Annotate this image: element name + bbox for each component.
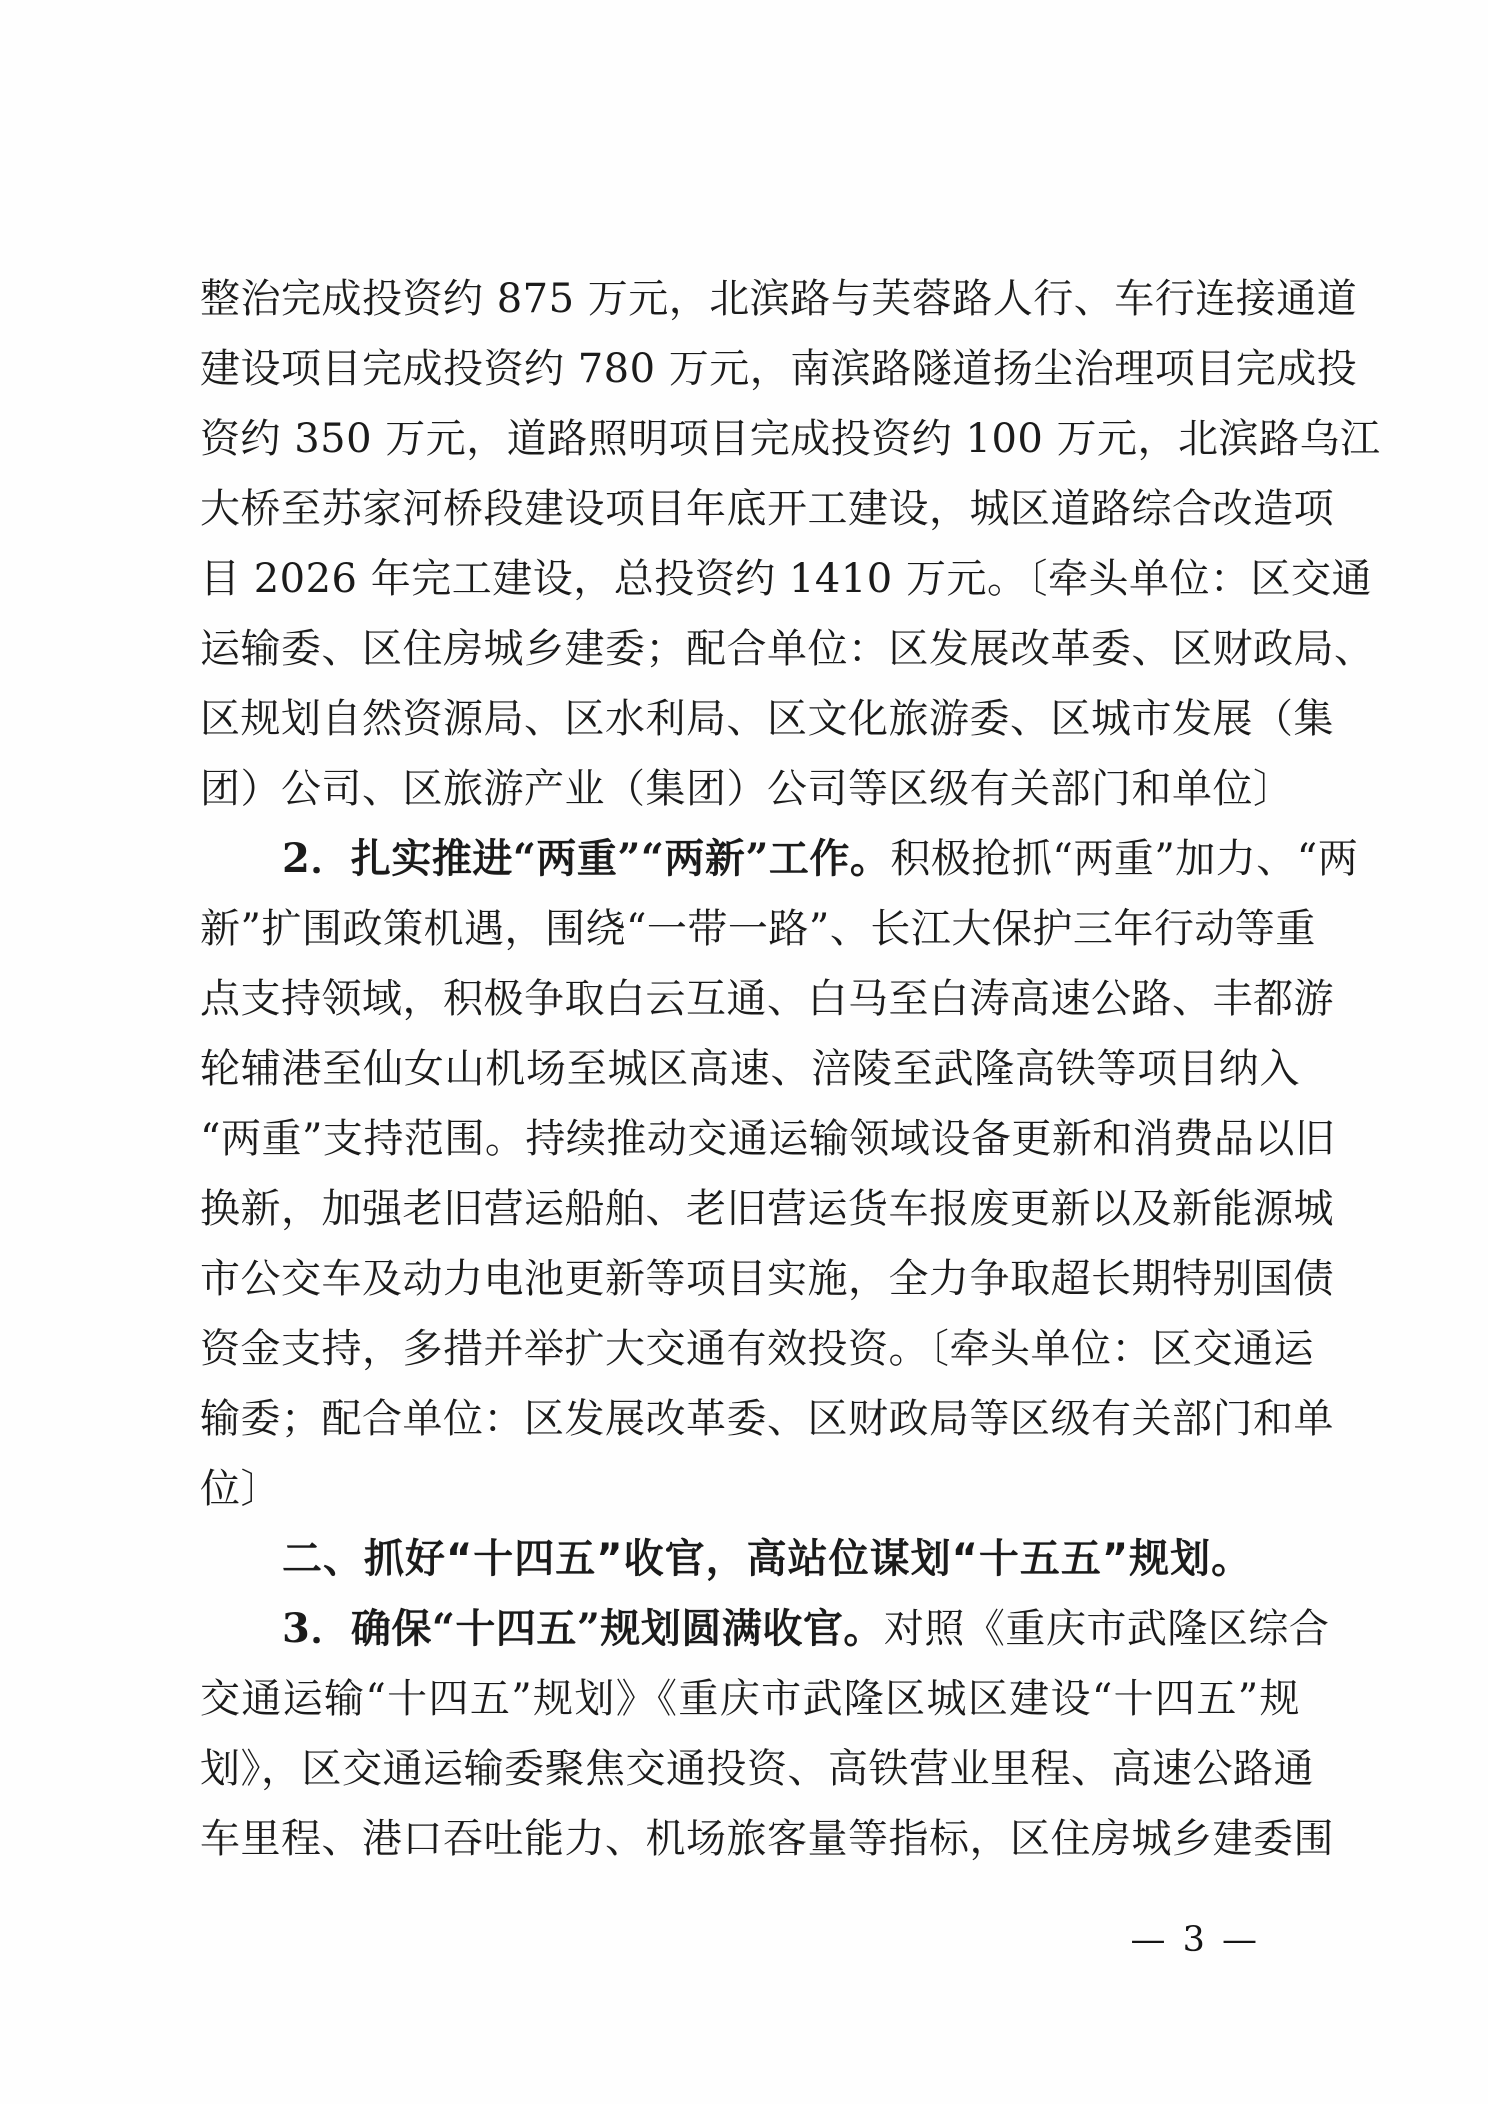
body-line-2: 建设项目完成投资约 780 万元，南滨路隧道扬尘治理项目完成投 (200, 334, 1300, 404)
body-text-block: 整治完成投资约 875 万元，北滨路与芙蓉路人行、车行连接通道 建设项目完成投资… (200, 264, 1300, 1874)
body-line-11: 点支持领域，积极争取白云互通、白马至白涛高速公路、丰都游 (200, 964, 1300, 1034)
body-line-21: 交通运输“十四五”规划》《重庆市武隆区城区建设“十四五”规 (200, 1664, 1300, 1734)
body-text: 车里程、港口吞吐能力、机场旅客量等指标，区住房城乡建委围 (200, 1816, 1334, 1862)
body-text: 积极抢抓“两重”加力、“两 (890, 836, 1358, 882)
body-line-4: 大桥至苏家河桥段建设项目年底开工建设，城区道路综合改造项 (200, 474, 1300, 544)
body-text: 点支持领域，积极争取白云互通、白马至白涛高速公路、丰都游 (200, 976, 1334, 1022)
item-2-heading-line: 2．扎实推进“两重”“两新”工作。积极抢抓“两重”加力、“两 (200, 824, 1300, 894)
body-text: 新”扩围政策机遇，围绕“一带一路”、长江大保护三年行动等重 (200, 906, 1316, 952)
body-line-10: 新”扩围政策机遇，围绕“一带一路”、长江大保护三年行动等重 (200, 894, 1300, 964)
body-line-14: 换新，加强老旧营运船舶、老旧营运货车报废更新以及新能源城 (200, 1174, 1300, 1244)
item-2-title: 2．扎实推进“两重”“两新”工作。 (282, 835, 890, 882)
section-2-heading-text: 二、抓好“十四五”收官，高站位谋划“十五五”规划。 (282, 1536, 1252, 1582)
body-text: 大桥至苏家河桥段建设项目年底开工建设，城区道路综合改造项 (200, 486, 1334, 532)
body-line-5: 目 2026 年完工建设，总投资约 1410 万元。〔牵头单位：区交通 (200, 544, 1300, 614)
body-text: 目 2026 年完工建设，总投资约 1410 万元。〔牵头单位：区交通 (200, 556, 1372, 602)
item-3-title: 3．确保“十四五”规划圆满收官。 (282, 1605, 884, 1652)
body-line-3: 资约 350 万元，道路照明项目完成投资约 100 万元，北滨路乌江 (200, 404, 1300, 474)
body-line-16: 资金支持，多措并举扩大交通有效投资。〔牵头单位：区交通运 (200, 1314, 1300, 1384)
page-number: — 3 — (1130, 1918, 1260, 1962)
body-text: 轮辅港至仙女山机场至城区高速、涪陵至武隆高铁等项目纳入 (200, 1046, 1300, 1092)
section-2-heading: 二、抓好“十四五”收官，高站位谋划“十五五”规划。 (200, 1524, 1300, 1594)
body-line-12: 轮辅港至仙女山机场至城区高速、涪陵至武隆高铁等项目纳入 (200, 1034, 1300, 1104)
body-line-23: 车里程、港口吞吐能力、机场旅客量等指标，区住房城乡建委围 (200, 1804, 1300, 1874)
body-line-17: 输委；配合单位：区发展改革委、区财政局等区级有关部门和单 (200, 1384, 1300, 1454)
body-line-7: 区规划自然资源局、区水利局、区文化旅游委、区城市发展（集 (200, 684, 1300, 754)
body-text: 资约 350 万元，道路照明项目完成投资约 100 万元，北滨路乌江 (200, 416, 1381, 462)
item-3-heading-line: 3．确保“十四五”规划圆满收官。对照《重庆市武隆区综合 (200, 1594, 1300, 1664)
body-text: 运输委、区住房城乡建委；配合单位：区发展改革委、区财政局、 (200, 626, 1375, 672)
body-line-13: “两重”支持范围。持续推动交通运输领域设备更新和消费品以旧 (200, 1104, 1300, 1174)
body-text: 整治完成投资约 875 万元，北滨路与芙蓉路人行、车行连接通道 (200, 276, 1357, 322)
body-text: 团）公司、区旅游产业（集团）公司等区级有关部门和单位〕 (200, 766, 1294, 812)
body-text: 划》，区交通运输委聚焦交通投资、高铁营业里程、高速公路通 (200, 1746, 1314, 1792)
body-line-15: 市公交车及动力电池更新等项目实施，全力争取超长期特别国债 (200, 1244, 1300, 1314)
body-text: 市公交车及动力电池更新等项目实施，全力争取超长期特别国债 (200, 1256, 1334, 1302)
body-text: 位〕 (200, 1466, 281, 1512)
body-text: 输委；配合单位：区发展改革委、区财政局等区级有关部门和单 (200, 1396, 1334, 1442)
body-line-8: 团）公司、区旅游产业（集团）公司等区级有关部门和单位〕 (200, 754, 1300, 824)
body-line-22: 划》，区交通运输委聚焦交通投资、高铁营业里程、高速公路通 (200, 1734, 1300, 1804)
body-text: 建设项目完成投资约 780 万元，南滨路隧道扬尘治理项目完成投 (200, 346, 1357, 392)
body-text: 资金支持，多措并举扩大交通有效投资。〔牵头单位：区交通运 (200, 1326, 1314, 1372)
body-text: 区规划自然资源局、区水利局、区文化旅游委、区城市发展（集 (200, 696, 1334, 742)
body-text: 换新，加强老旧营运船舶、老旧营运货车报废更新以及新能源城 (200, 1186, 1334, 1232)
body-text: “两重”支持范围。持续推动交通运输领域设备更新和消费品以旧 (200, 1116, 1335, 1162)
document-page: 整治完成投资约 875 万元，北滨路与芙蓉路人行、车行连接通道 建设项目完成投资… (0, 0, 1488, 2104)
body-text: 对照《重庆市武隆区综合 (884, 1606, 1330, 1652)
body-text: 交通运输“十四五”规划》《重庆市武隆区城区建设“十四五”规 (200, 1676, 1300, 1722)
body-line-18: 位〕 (200, 1454, 1300, 1524)
body-line-1: 整治完成投资约 875 万元，北滨路与芙蓉路人行、车行连接通道 (200, 264, 1300, 334)
body-line-6: 运输委、区住房城乡建委；配合单位：区发展改革委、区财政局、 (200, 614, 1300, 684)
